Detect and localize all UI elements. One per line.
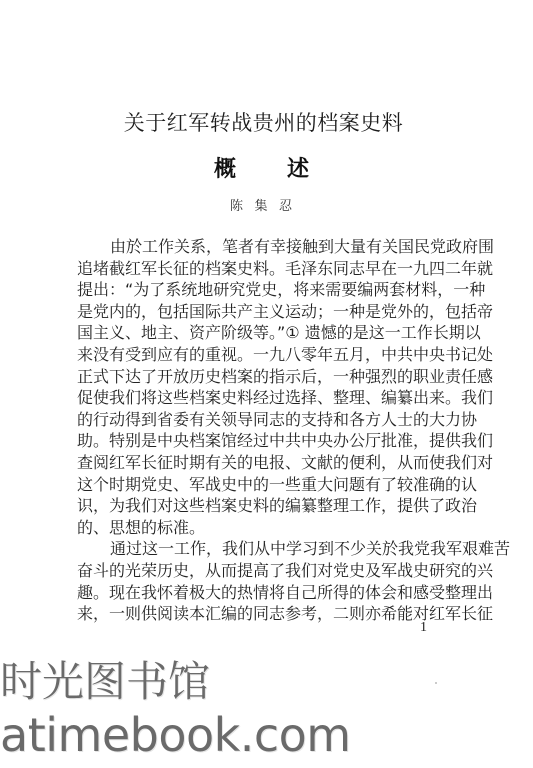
watermark: 时光图书馆 atimebook.com — [0, 656, 351, 762]
paragraph-line: 通过这一工作，我们从中学习到不少关於我党我军艰难苦 — [77, 538, 445, 560]
author-name: 陈 集 忍 — [230, 197, 292, 217]
author-char: 集 — [254, 197, 267, 217]
paragraph-line: 趣。现在我怀着极大的热情将自己所得的体会和感受整理出 — [77, 582, 445, 604]
paragraph-line: 奋斗的光荣历史，从而提高了我们对党史及军战史研究的兴 — [77, 560, 445, 582]
paragraph-line: 的、思想的标准。 — [77, 517, 445, 539]
paragraph-line: 来，一则供阅读本汇编的同志参考，二则亦希能对红军长征 — [77, 603, 445, 625]
section-heading: 概 述 — [214, 156, 309, 184]
paragraph-line: 助。特别是中央档案馆经过中共中央办公厅批准，提供我们 — [77, 430, 445, 452]
scan-speck — [435, 682, 437, 684]
paragraph-line: 由於工作关系，笔者有幸接触到大量有关国民党政府围 — [77, 236, 445, 258]
paragraph-line: 是党内的，包括国际共产主义运动；一种是党外的，包括帝 — [77, 301, 445, 323]
watermark-name: 时光图书馆 — [0, 656, 351, 708]
paragraph-line: 来没有受到应有的重视。一九八零年五月，中共中央书记处 — [77, 344, 445, 366]
section-heading-char: 概 — [214, 156, 236, 184]
section-heading-char: 述 — [287, 156, 309, 184]
paragraph-line: 识，为我们对这些档案史料的编纂整理工作，提供了政治 — [77, 495, 445, 517]
author-char: 陈 — [230, 197, 243, 217]
paragraph-line: 促使我们将这些档案史料经过选择、整理、编纂出来。我们 — [77, 387, 445, 409]
paragraph-line: 国主义、地主、资产阶级等。”① 遗憾的是这一工作长期以 — [77, 322, 445, 344]
document-title: 关于红军转战贵州的档案史料 — [0, 108, 533, 138]
paragraph-line: 的行动得到省委有关领导同志的支持和各方人士的大力协 — [77, 409, 445, 431]
paragraph-line: 查阅红军长征时期有关的电报、文献的便利，从而使我们对 — [77, 452, 445, 474]
page-number: 1 — [420, 618, 427, 638]
watermark-url: atimebook.com — [0, 708, 351, 762]
paragraph-line: 提出：“为了系统地研究党史，将来需要编两套材料，一种 — [77, 279, 445, 301]
paragraph-line: 这个时期党史、军战史中的一些重大问题有了较准确的认 — [77, 474, 445, 496]
body-text: 由於工作关系，笔者有幸接触到大量有关国民党政府围 追堵截红军长征的档案史料。毛泽… — [77, 236, 445, 625]
paragraph-line: 追堵截红军长征的档案史料。毛泽东同志早在一九四二年就 — [77, 258, 445, 280]
paragraph-line: 正式下达了开放历史档案的指示后，一种强烈的职业责任感 — [77, 366, 445, 388]
document-page: 关于红军转战贵州的档案史料 概 述 陈 集 忍 由於工作关系，笔者有幸接触到大量… — [0, 0, 533, 768]
author-char: 忍 — [279, 197, 292, 217]
